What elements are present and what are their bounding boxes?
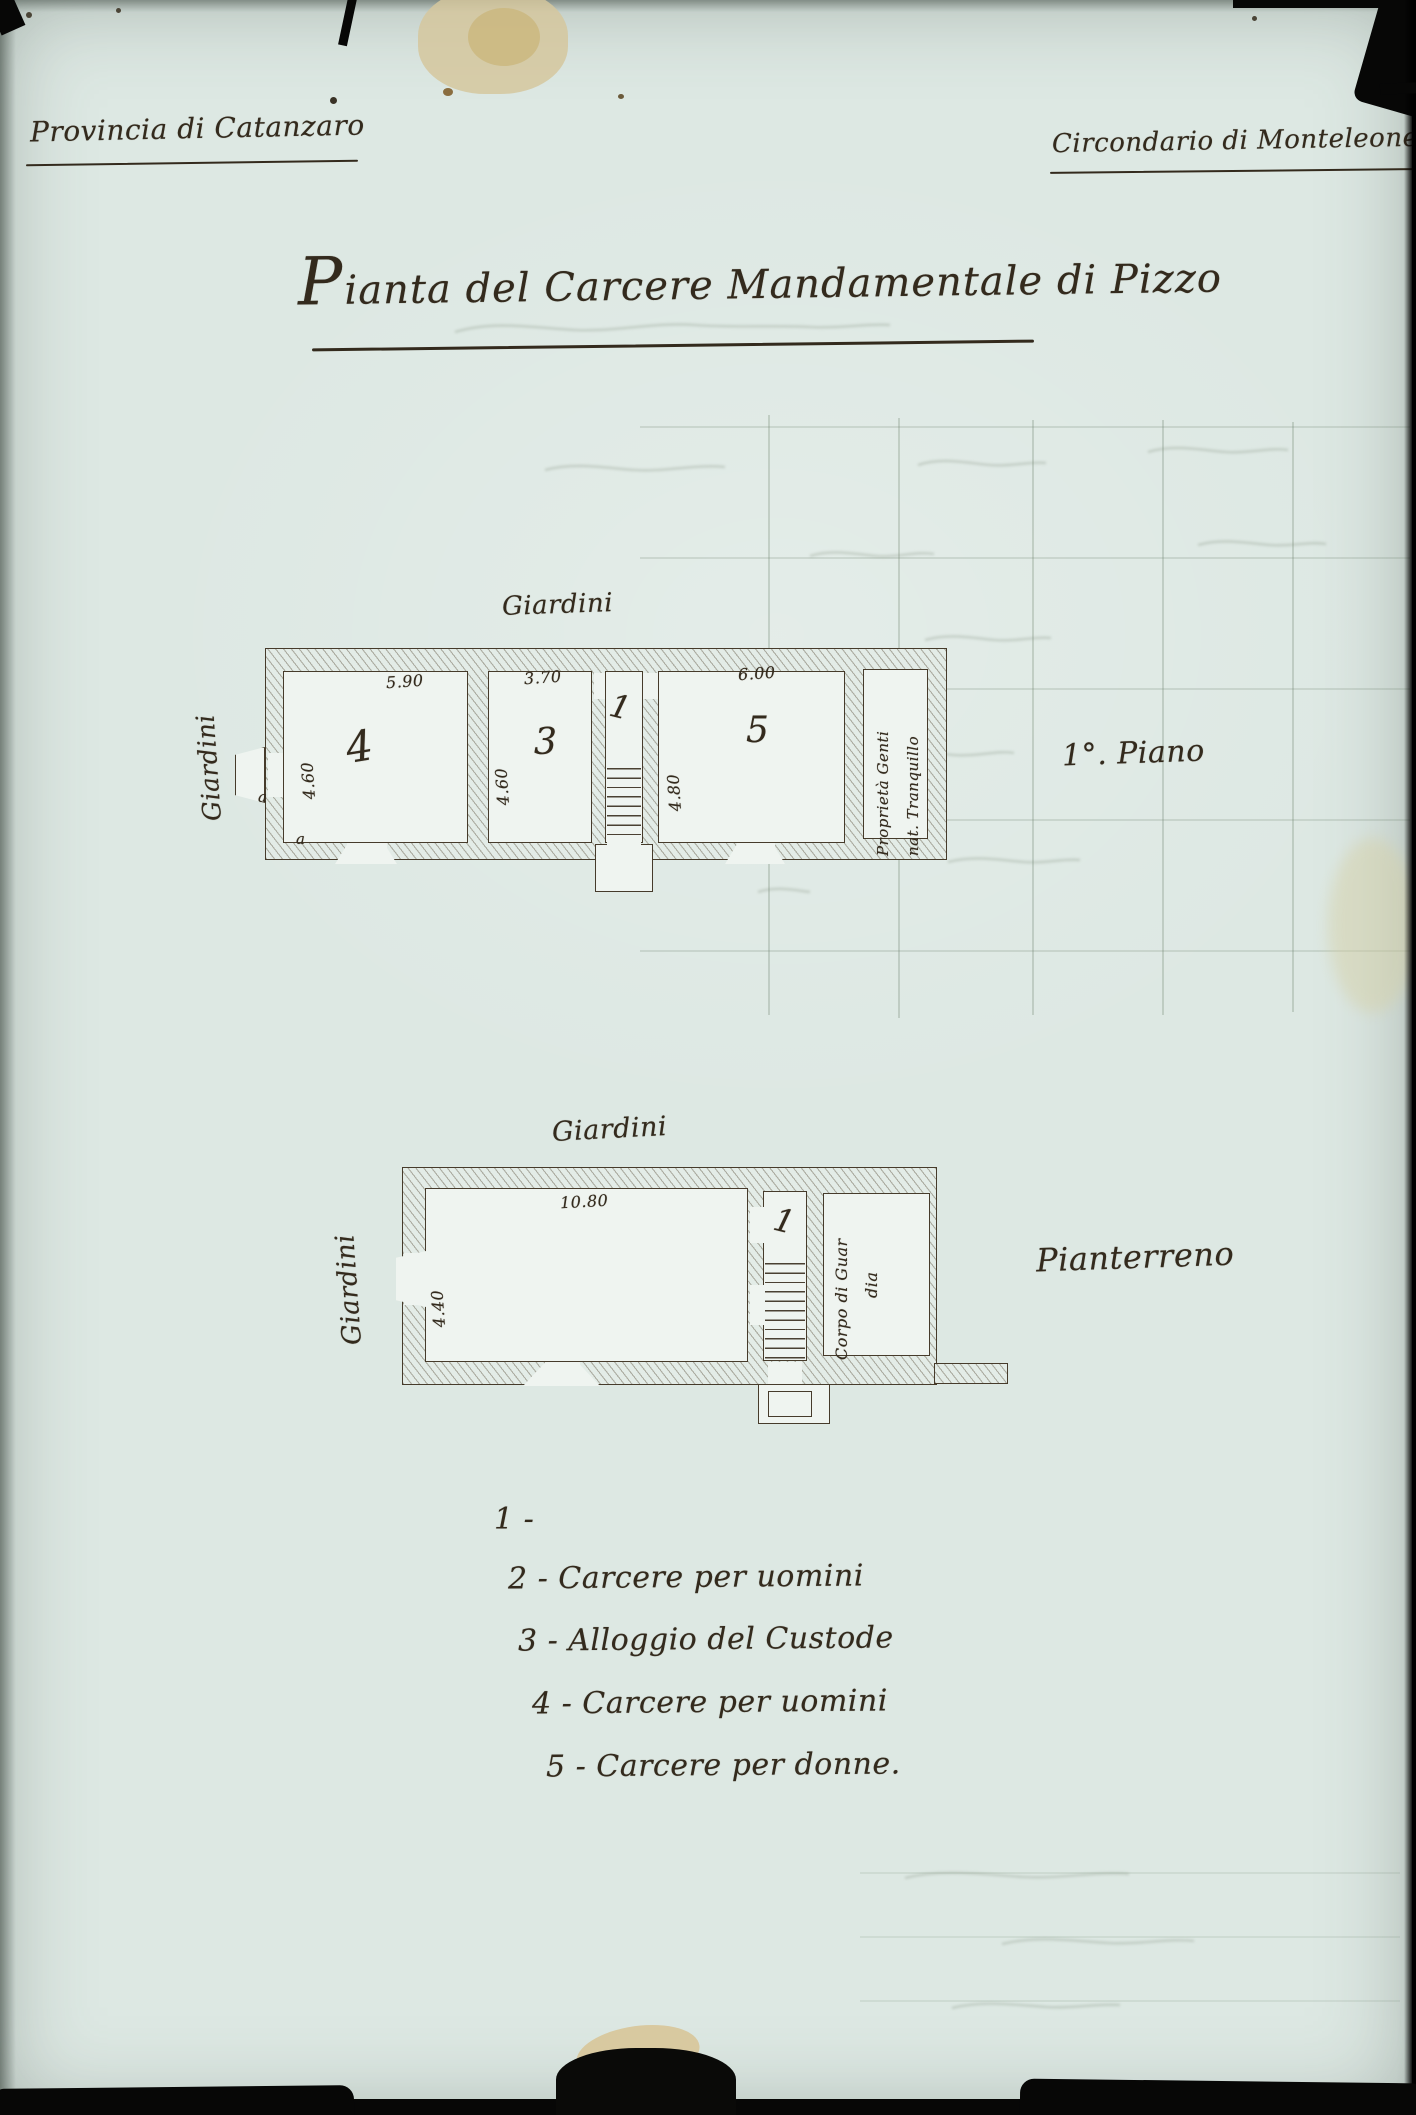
province-label: Provincia di Catanzaro [30, 108, 365, 148]
speck [443, 88, 453, 96]
plan1-room5-depth-dim: 4.80 [663, 773, 685, 812]
speck [1252, 16, 1257, 21]
scan-edge-bottom-right [1020, 2079, 1416, 2115]
legend-item-3: 3 - Alloggio del Custode [518, 1620, 894, 1658]
plan1-neighbor-label-line1: Proprietà Genti [874, 731, 892, 856]
plan1-garden-label-top: Giardini [502, 588, 614, 622]
plan2-garden-label-top: Giardini [551, 1111, 668, 1148]
plan2-guard-label-line2: dia [862, 1272, 881, 1298]
plan1-room3-width-dim: 3.70 [523, 667, 562, 689]
plan2-guard-label-line1: Corpo di Guar [832, 1238, 851, 1360]
legend-item-1: 1 - [494, 1502, 534, 1537]
scan-edge-right [1404, 0, 1416, 2115]
scan-edge-bottom-left [0, 2085, 354, 2115]
legend-item-5: 5 - Carcere per donne. [546, 1746, 901, 1784]
speck [330, 97, 337, 104]
plan2-entry-porch-inner [768, 1391, 812, 1417]
plan1-room3-number: 3 [534, 722, 557, 763]
bleedthrough-handwriting [0, 0, 1416, 2115]
scan-edge-bottom-center [556, 2048, 736, 2115]
plan1-stair-porch-gap [607, 840, 641, 850]
legend-item-2: 2 - Carcere per uomini [508, 1558, 864, 1596]
first-floor-label: 1°. Piano [1061, 734, 1205, 774]
scan-edge-top-streak [1233, 0, 1416, 8]
plan2-left-window-splay [396, 1251, 426, 1307]
plan1-stair-steps [607, 760, 641, 842]
plan1-room3-depth-dim: 4.60 [491, 767, 513, 806]
plan1-door-mark-a1: a [258, 788, 267, 806]
stain-top-center-dark [468, 8, 540, 66]
plan2-room-width-dim: 10.80 [560, 1191, 609, 1213]
plan1-room5-width-dim: 6.00 [737, 663, 776, 685]
plan1-room-4 [283, 671, 468, 843]
stain-right-middle [1328, 838, 1416, 1013]
ground-floor-label: Pianterreno [1035, 1235, 1234, 1280]
plan1-left-door-gap [268, 753, 283, 797]
plan1-door-mark-a2: a [296, 830, 305, 848]
plan1-stair-top-gap-right [643, 673, 658, 699]
plan2-stair-gap-lower [750, 1285, 764, 1325]
plan1-stair-entry-porch [595, 844, 653, 892]
speck [116, 8, 121, 13]
legend-item-4: 4 - Carcere per uomini [532, 1683, 888, 1721]
speck [618, 94, 624, 99]
plan2-room-depth-dim: 4.40 [427, 1289, 449, 1328]
ground-floor-plan [402, 1167, 937, 1385]
plan2-bottom-wall-extension [934, 1363, 1008, 1384]
plan2-stair-gap-upper [750, 1207, 764, 1243]
plan1-room4-depth-dim: 4.60 [297, 761, 319, 800]
plan2-stair-steps [765, 1255, 805, 1359]
speck [26, 12, 32, 18]
plan2-stair-exit-gap [768, 1362, 802, 1384]
plan1-neighbor-label-line2: nat. Tranquillo [904, 736, 922, 856]
plan1-stair-top-gap-left [594, 673, 605, 699]
district-label: Circondario di Monteleone [1052, 123, 1416, 159]
plan1-room4-width-dim: 5.90 [385, 671, 424, 693]
plan1-room5-number: 5 [746, 710, 769, 751]
plan1-room-5 [658, 671, 845, 843]
scan-edge-right-streak [1380, 82, 1416, 94]
plan2-main-room [425, 1188, 748, 1362]
